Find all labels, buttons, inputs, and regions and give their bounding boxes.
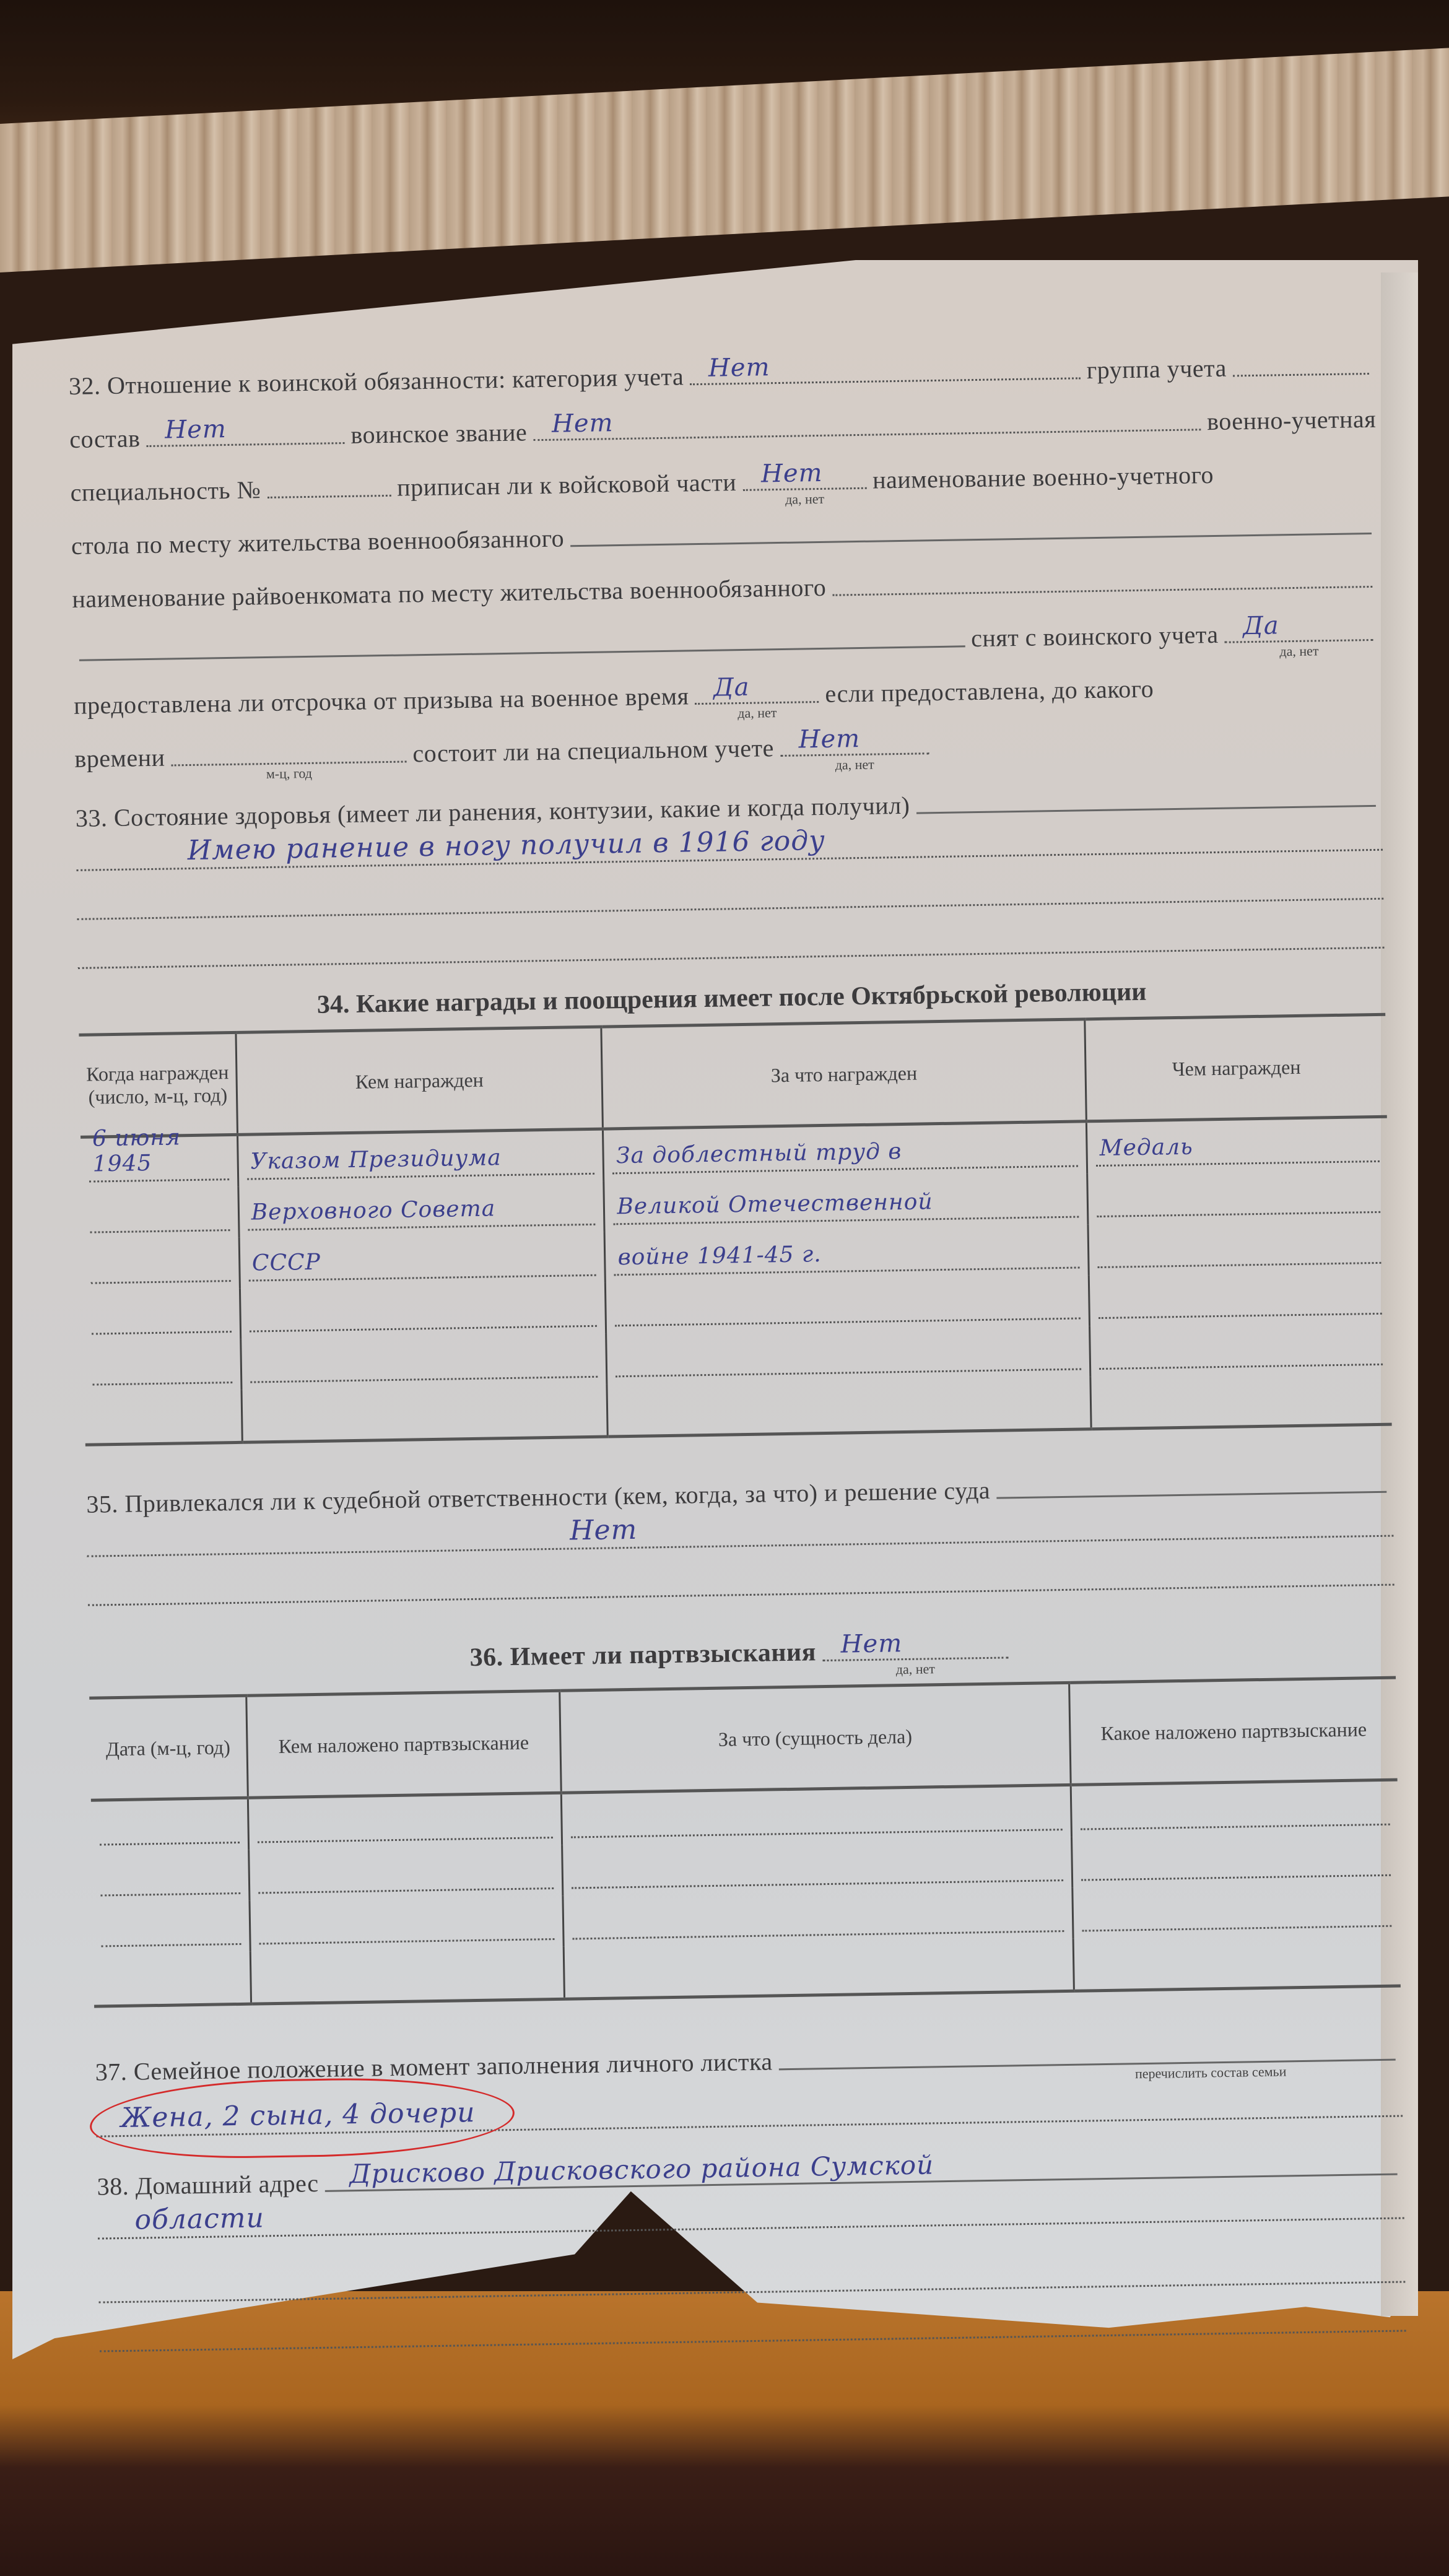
court-line-2[interactable] (87, 1547, 1395, 1606)
penalty-reason-cell[interactable] (563, 1888, 1073, 1947)
health-line-2[interactable] (77, 861, 1384, 920)
health-line-3[interactable] (77, 910, 1385, 969)
penalty-date-cell[interactable] (92, 1901, 250, 1954)
time-label: времени (74, 744, 165, 773)
awarded-by-cell[interactable] (240, 1283, 606, 1339)
award-date-cell[interactable] (83, 1289, 240, 1342)
item37-header: 37. Семейное положение в момент заполнен… (95, 2012, 1402, 2086)
court-liability-field[interactable] (996, 1460, 1386, 1499)
awarded-by-cell[interactable] (241, 1385, 608, 1443)
awarded-by-cell[interactable]: Указом Президиума (237, 1129, 604, 1187)
col-penalty-by: Кем наложено партвзыскание (246, 1690, 561, 1798)
district-office-field[interactable] (832, 555, 1373, 596)
torn-bottom-area (98, 2243, 1406, 2352)
col-penalty-type: Какое наложено партвзыскание (1069, 1677, 1398, 1785)
deferment-field[interactable]: Дада, нет (695, 670, 819, 705)
awards-table: Когда награжден (число, м-ц, год) Кем на… (79, 1013, 1391, 1447)
penalty-by-cell[interactable] (250, 1947, 565, 2004)
award-reason-cell[interactable]: За доблестный труд в (603, 1121, 1087, 1181)
composition-field[interactable]: Нет (146, 411, 345, 447)
blank-line[interactable] (99, 2292, 1406, 2352)
military-rank-field[interactable]: Нет (533, 398, 1201, 441)
penalty-type-cell[interactable] (1071, 1780, 1398, 1837)
military-category-field[interactable]: Нет (690, 346, 1081, 385)
award-reason-cell[interactable] (607, 1377, 1091, 1437)
award-type-cell[interactable] (1089, 1271, 1390, 1326)
party-penalties-label: 36. Имеет ли партвзыскания (469, 1638, 816, 1672)
penalty-reason-cell[interactable] (561, 1785, 1071, 1845)
composition-label: состав (69, 425, 141, 453)
awarded-by-cell[interactable] (240, 1334, 607, 1390)
party-penalties-table-header: Дата (м-ц, год) Кем наложено партвзыскан… (89, 1677, 1397, 1800)
penalty-by-cell[interactable] (248, 1793, 562, 1850)
specialty-number-label: специальность № (70, 476, 261, 507)
penalty-date-cell[interactable] (91, 1798, 248, 1852)
awarded-by-cell[interactable]: СССР (239, 1232, 606, 1289)
penalty-reason-cell[interactable] (562, 1837, 1073, 1896)
award-reason-cell[interactable] (606, 1326, 1090, 1384)
party-penalties-field[interactable]: Нетда, нет (822, 1625, 1008, 1661)
penalty-type-cell[interactable] (1071, 1832, 1399, 1888)
blank-line[interactable] (98, 2243, 1406, 2303)
deregistered-label: снят с воинского учета (971, 621, 1219, 652)
deregistered-field[interactable]: Дада, нет (1224, 608, 1373, 643)
award-type-cell[interactable] (1088, 1220, 1390, 1276)
registration-group-label: группа учета (1086, 355, 1227, 385)
col-awarded-by: Кем награжден (236, 1027, 603, 1134)
col-award-date: Когда награжден (число, м-ц, год) (79, 1032, 237, 1137)
col-penalty-date: Дата (м-ц, год) (89, 1695, 248, 1800)
col-award-type: Чем награжден (1085, 1014, 1387, 1121)
family-line-1[interactable]: Жена, 2 сына, 4 дочери (95, 2078, 1403, 2138)
award-date-cell[interactable]: 6 июня 1945 (80, 1134, 238, 1189)
penalty-reason-cell[interactable] (563, 1939, 1074, 1999)
award-date-cell[interactable] (81, 1187, 238, 1240)
health-field[interactable] (916, 774, 1376, 814)
registration-group-field[interactable] (1232, 342, 1369, 376)
specialty-number-field[interactable] (267, 464, 391, 498)
award-type-cell[interactable] (1090, 1321, 1391, 1377)
special-registry-field[interactable]: Нетда, нет (780, 721, 929, 757)
award-type-cell[interactable] (1087, 1169, 1389, 1225)
deferment-date-field[interactable]: м-ц, год (171, 730, 407, 767)
award-reason-cell[interactable]: Великой Отечественной (604, 1173, 1088, 1232)
award-date-cell[interactable] (85, 1390, 242, 1445)
penalty-by-cell[interactable] (250, 1896, 564, 1952)
award-reason-cell[interactable] (606, 1275, 1090, 1333)
form-content: 32. Отношение к воинской обязанности: ка… (68, 326, 1406, 2362)
item36-header: 36. Имеет ли партвзыскания Нетда, нет (88, 1604, 1395, 1678)
penalty-type-cell[interactable] (1073, 1934, 1401, 1991)
special-registry-label: состоит ли на специальном учете (412, 734, 774, 767)
desk-residence-field[interactable] (570, 502, 1372, 547)
family-status-label: 37. Семейное положение в момент заполнен… (95, 2048, 772, 2086)
col-award-reason: За что награжден (601, 1019, 1086, 1129)
penalty-date-cell[interactable] (94, 1952, 251, 2006)
home-address-label: 38. Домашний адрес (97, 2170, 319, 2201)
awards-table-header: Когда награжден (число, м-ц, год) Кем на… (79, 1014, 1386, 1137)
award-reason-cell[interactable]: войне 1941-45 г. (605, 1224, 1089, 1282)
award-type-cell[interactable] (1090, 1372, 1392, 1429)
military-rank-label: воинское звание (350, 419, 527, 448)
party-penalties-table: Дата (м-ц, год) Кем наложено партвзыскан… (89, 1676, 1401, 2008)
penalty-by-cell[interactable] (248, 1845, 563, 1901)
military-specialty-label: военно-учетная (1207, 406, 1377, 435)
assigned-unit-field[interactable]: Нетда, нет (742, 456, 867, 491)
award-type-cell[interactable]: Медаль (1087, 1116, 1388, 1173)
penalty-date-cell[interactable] (92, 1850, 249, 1904)
awarded-by-cell[interactable]: Верховного Совета (238, 1181, 605, 1238)
award-date-cell[interactable] (82, 1238, 240, 1291)
family-status-field[interactable]: перечислить состав семьи (778, 2028, 1396, 2071)
award-date-cell[interactable] (84, 1339, 241, 1393)
penalty-type-cell[interactable] (1073, 1883, 1400, 1939)
col-penalty-reason: За что (сущность дела) (560, 1682, 1071, 1793)
